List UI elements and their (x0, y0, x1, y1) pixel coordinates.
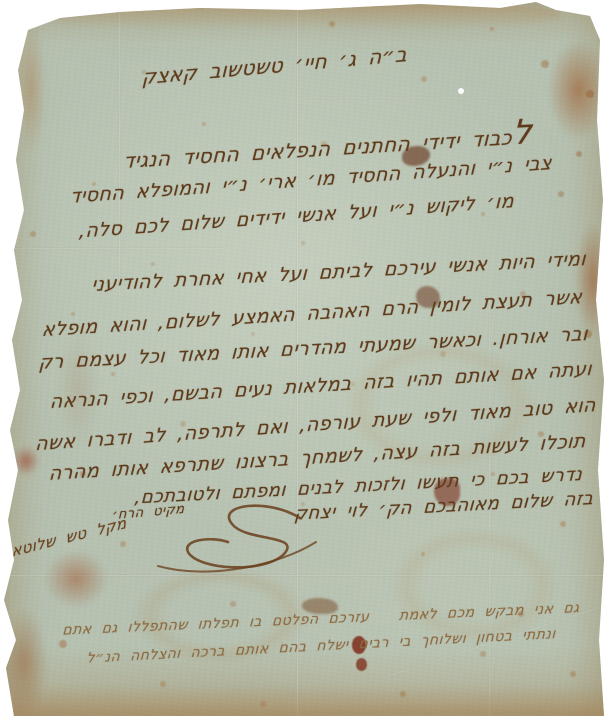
white-speck (458, 88, 464, 94)
paper-crease-vertical-left (118, 0, 121, 300)
stain-top-edge-band (40, 2, 560, 28)
foxing-freckles (0, 0, 4, 4)
stain-bottom-left-cluster (44, 550, 108, 608)
stain-left-top-band (16, 24, 46, 154)
stain-right-middle (575, 222, 610, 337)
letter-paper: ב״ה ג׳ חיי׳ טשטשוב קאצק לכבוד ידידי החתנ… (0, 0, 610, 716)
paper-crease-horizontal-left (4, 247, 224, 250)
photo-stage: ב״ה ג׳ חיי׳ טשטשוב קאצק לכבוד ידידי החתנ… (0, 0, 610, 716)
stain-red-drop-2 (356, 658, 367, 671)
stain-bottom-edge-band (0, 686, 610, 716)
signature-flourish (150, 496, 320, 581)
